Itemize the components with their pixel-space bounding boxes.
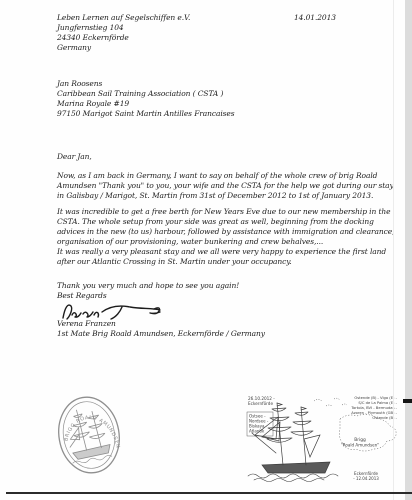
closing-thanks: Thank you very much and hope to see you … [57, 281, 239, 291]
letter-date: 14.01.2013 [294, 13, 336, 23]
voyage-origin: Eckernförde [248, 401, 273, 406]
route-right-item: Tortola, BVI - Bermudas - [350, 406, 397, 410]
scanned-letter-page: Leben Lernen auf Segelschiffen e.V. Jung… [0, 0, 412, 500]
scan-edge-line [393, 0, 394, 500]
recipient-address: Jan Roosens Caribbean Sail Training Asso… [57, 79, 235, 119]
paragraph-2: It was incredible to get a free berth fo… [57, 207, 394, 267]
ship-label-name: "Roald Amundsen" [341, 443, 379, 448]
recipient-line: Caribbean Sail Training Association ( CS… [57, 89, 235, 99]
scan-edge-band [405, 0, 412, 500]
route-right-item: S/C de La Palma (E) - [358, 401, 397, 405]
arrival-date: - 12.04.2013 [353, 476, 379, 481]
paragraph-line: advices in the new (to us) harbour, foll… [57, 227, 394, 237]
route-left-list: Ostsee - Nordsee - Biskaya - Atlantik [249, 414, 269, 434]
paragraph-1: Now, as I am back in Germany, I want to … [57, 171, 394, 201]
route-right-item: Azoren - Plymouth (GB) - [351, 411, 397, 415]
voyage-stamp: 26.10.2012 - Eckernförde Ostsee - Nordse… [246, 393, 398, 485]
recipient-line: 97150 Marigot Saint Martin Antilles Fran… [57, 109, 235, 119]
paragraph-line: CSTA. The whole setup from your side was… [57, 217, 394, 227]
paragraph-line: It was incredible to get a free berth fo… [57, 207, 394, 217]
route-right-item: Ostende (B) - Vigo (E) - [354, 396, 397, 400]
paragraph-line: after our Atlantic Crossing in St. Marti… [57, 257, 394, 267]
sender-line: Germany [57, 43, 190, 53]
route-right-list: Ostende (B) - Vigo (E) - S/C de La Palma… [350, 396, 397, 420]
scan-bottom-edge [6, 492, 412, 494]
signature-title: 1st Mate Brig Roald Amundsen, Eckernförd… [57, 329, 265, 339]
sender-address: Leben Lernen auf Segelschiffen e.V. Jung… [57, 13, 190, 53]
signature-name: Verena Franzen [57, 319, 116, 329]
paragraph-line: It was really a very pleasant stay and w… [57, 247, 394, 257]
sender-line: Leben Lernen auf Segelschiffen e.V. [57, 13, 190, 23]
paragraph-line: Now, as I am back in Germany, I want to … [57, 171, 394, 181]
recipient-line: Jan Roosens [57, 79, 235, 89]
oval-ship-seal-stamp: BRIGG ROALD AMUNDSEN [49, 389, 128, 481]
paragraph-line: in Galisbay / Marigot, St. Martin from 3… [57, 191, 394, 201]
islands-sketch [314, 398, 347, 406]
sender-line: Jungfernstieg 104 [57, 23, 190, 33]
scan-edge-mark [403, 399, 412, 403]
sender-line: 24340 Eckernförde [57, 33, 190, 43]
salutation: Dear Jan, [57, 152, 92, 162]
paragraph-line: organisation of our provisioning, water … [57, 237, 394, 247]
recipient-line: Marina Royale #19 [57, 99, 235, 109]
paragraph-line: Amundsen "Thank you" to you, your wife a… [57, 181, 394, 191]
